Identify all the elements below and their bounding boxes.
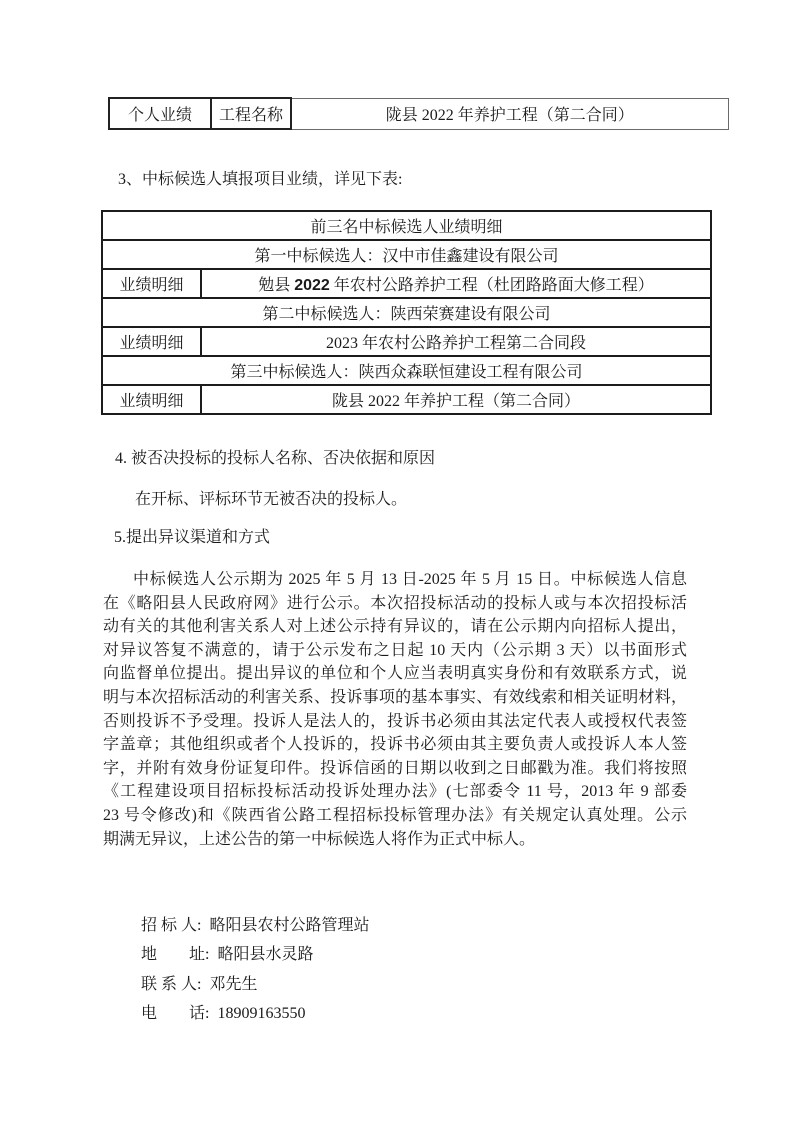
- project-name-cell: 陇县 2022 年养护工程（第二合同）: [291, 98, 728, 129]
- table-row: 个人业绩 工程名称 陇县 2022 年养护工程（第二合同）: [109, 98, 728, 129]
- paragraph-line: 23 号令修改)和《陕西省公路工程招标投标管理办法》有关规定认真处理。公示: [103, 804, 687, 828]
- detail-1-row: 业绩明细 勉县 2022 年农村公路养护工程（杜团路路面大修工程）: [102, 269, 711, 298]
- detail-2-row: 业绩明细 2023 年农村公路养护工程第二合同段: [102, 327, 711, 356]
- candidate-2-row: 第二中标候选人：陕西荣赛建设有限公司: [102, 298, 711, 327]
- row-label-cell: 个人业绩: [109, 98, 211, 129]
- address-value: 略阳县水灵路: [217, 946, 313, 963]
- section-3-heading: 3、中标候选人填报项目业绩，详见下表:: [118, 169, 402, 191]
- candidate-1-cell: 第一中标候选人：汉中市佳鑫建设有限公司: [102, 240, 711, 269]
- detail-2-value: 2023 年农村公路养护工程第二合同段: [201, 327, 711, 356]
- tenderee-value: 略阳县农村公路管理站: [209, 917, 369, 934]
- detail-2-label: 业绩明细: [102, 327, 201, 356]
- paragraph-line: 对异议答复不满意的，请于公示发布之日起 10 天内（公示期 3 天）以书面形式: [103, 639, 687, 663]
- table-title-cell: 前三名中标候选人业绩明细: [102, 211, 711, 240]
- contact-row-tenderee: 招 标 人:略阳县农村公路管理站: [117, 881, 369, 911]
- section-5-heading: 5.提出异议渠道和方式: [114, 527, 270, 549]
- contact-person-value: 邓先生: [209, 976, 257, 993]
- paragraph-line: 动有关的其他利害关系人对上述公示持有异议的，请在公示期内向招标人提出，: [103, 615, 687, 639]
- detail-3-value: 陇县 2022 年养护工程（第二合同）: [201, 385, 711, 414]
- paragraph-line: 《工程建设项目招标投标活动投诉处理办法》(七部委令 11 号，2013 年 9 …: [103, 780, 687, 804]
- announcement-paragraph: 中标候选人公示期为 2025 年 5 月 13 日-2025 年 5 月 15 …: [103, 568, 687, 851]
- candidate-3-cell: 第三中标候选人：陕西众森联恒建设工程有限公司: [102, 356, 711, 385]
- detail-1-value: 勉县 2022 年农村公路养护工程（杜团路路面大修工程）: [201, 269, 711, 298]
- detail-1-year: 2022: [294, 277, 330, 294]
- paragraph-line: 字，并附有效身份证复印件。投诉信函的日期以收到之日邮戳为准。我们将按照: [103, 757, 687, 781]
- table-title-row: 前三名中标候选人业绩明细: [102, 211, 711, 240]
- address-label: 地 址:: [141, 946, 209, 963]
- personal-performance-table: 个人业绩 工程名称 陇县 2022 年养护工程（第二合同）: [108, 97, 729, 130]
- phone-value: 18909163550: [217, 1005, 305, 1022]
- paragraph-line: 明与本次招标活动的利害关系、投诉事项的基本事实、有效线索和相关证明材料，: [103, 686, 687, 710]
- section-4-body: 在开标、评标环节无被否决的投标人。: [135, 489, 407, 511]
- paragraph-line: 期满无异议，上述公告的第一中标候选人将作为正式中标人。: [103, 828, 687, 852]
- tenderee-label: 招 标 人:: [141, 917, 201, 934]
- detail-3-row: 业绩明细 陇县 2022 年养护工程（第二合同）: [102, 385, 711, 414]
- field-name-cell: 工程名称: [211, 98, 291, 129]
- detail-3-label: 业绩明细: [102, 385, 201, 414]
- paragraph-line: 在《略阳县人民政府网》进行公示。本次招投标活动的投标人或与本次招投标活: [103, 592, 687, 616]
- candidates-performance-table: 前三名中标候选人业绩明细 第一中标候选人：汉中市佳鑫建设有限公司 业绩明细 勉县…: [101, 210, 712, 415]
- candidate-2-cell: 第二中标候选人：陕西荣赛建设有限公司: [102, 298, 711, 327]
- candidate-3-row: 第三中标候选人：陕西众森联恒建设工程有限公司: [102, 356, 711, 385]
- candidate-1-row: 第一中标候选人：汉中市佳鑫建设有限公司: [102, 240, 711, 269]
- detail-1-prefix: 勉县: [258, 277, 294, 294]
- paragraph-line: 向监督单位提出。提出异议的单位和个人应当表明真实身份和有效联系方式，说: [103, 662, 687, 686]
- detail-1-suffix: 年农村公路养护工程（杜团路路面大修工程）: [330, 277, 654, 294]
- paragraph-line: 字盖章；其他组织或者个人投诉的，投诉书必须由其主要负责人或投诉人本人签: [103, 733, 687, 757]
- detail-1-label: 业绩明细: [102, 269, 201, 298]
- phone-label: 电 话:: [141, 1005, 209, 1022]
- contact-block: 招 标 人:略阳县农村公路管理站 地 址:略阳县水灵路 联 系 人:邓先生 电 …: [117, 881, 369, 999]
- document-page: 个人业绩 工程名称 陇县 2022 年养护工程（第二合同） 3、中标候选人填报项…: [0, 0, 793, 1122]
- paragraph-line: 否则投诉不予受理。投诉人是法人的，投诉书必须由其法定代表人或授权代表签: [103, 710, 687, 734]
- paragraph-line: 中标候选人公示期为 2025 年 5 月 13 日-2025 年 5 月 15 …: [103, 568, 687, 592]
- contact-person-label: 联 系 人:: [141, 976, 201, 993]
- section-4-heading: 4. 被否决投标的投标人名称、否决依据和原因: [115, 448, 435, 470]
